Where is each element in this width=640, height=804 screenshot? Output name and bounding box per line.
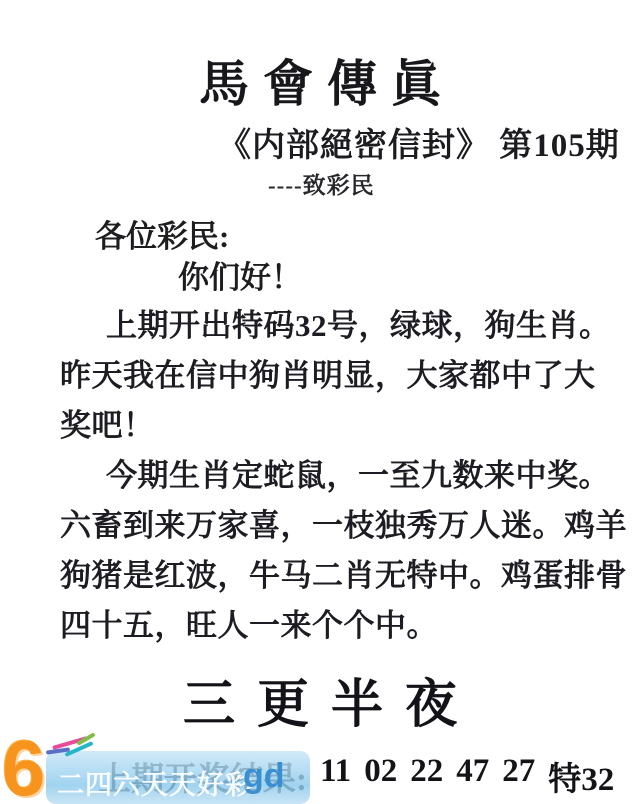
body-line-4: 今期生肖定蛇鼠，一至九数来中奖。 (60, 451, 638, 501)
subtitle-issue: 《内部絕密信封》 第105期 (218, 119, 620, 166)
result-number-3: 22 (410, 753, 443, 790)
body-line-7: 四十五，旺人一来个个中。 (60, 601, 638, 651)
fax-letter-page: 馬會傳眞 《内部絕密信封》 第105期 ----致彩民 各位彩民: 你们好！ 上… (0, 0, 640, 804)
body-line-5: 六畜到来万家喜，一枝独秀万人迷。鸡羊 (60, 501, 638, 551)
watermark-domain-suffix: gd (243, 757, 285, 796)
result-special-number: 特32 (548, 753, 614, 800)
body-line-1: 上期开出特码32号，绿球，狗生肖。 (60, 301, 638, 351)
watermark-brand-text: 二四六天天好彩 (57, 763, 253, 802)
salutation: 各位彩民: (95, 211, 229, 256)
closing-phrase-text: 三更半夜 (183, 677, 479, 734)
greeting: 你们好！ (178, 252, 302, 297)
watermark-six-logo-icon: 6 (2, 733, 45, 803)
letter-body: 上期开出特码32号，绿球，狗生肖。 昨天我在信中狗肖明显，大家都中了大 奖吧！ … (60, 301, 638, 651)
result-number-2: 02 (364, 753, 397, 790)
result-number-1: 11 (320, 753, 351, 790)
result-number-4: 47 (456, 753, 489, 790)
dedication-line: ----致彩民 (268, 167, 375, 200)
body-line-3: 奖吧！ (60, 401, 638, 451)
body-line-6: 狗猪是红波，牛马二肖无特中。鸡蛋排骨 (60, 551, 638, 601)
page-title: 馬會傳眞 (0, 44, 640, 116)
page-title-text: 馬會傳眞 (199, 56, 455, 112)
brush-swoosh-icon (42, 735, 112, 763)
body-line-2: 昨天我在信中狗肖明显，大家都中了大 (60, 351, 638, 401)
closing-phrase: 三更半夜 (0, 662, 640, 737)
result-number-5: 27 (502, 753, 535, 790)
